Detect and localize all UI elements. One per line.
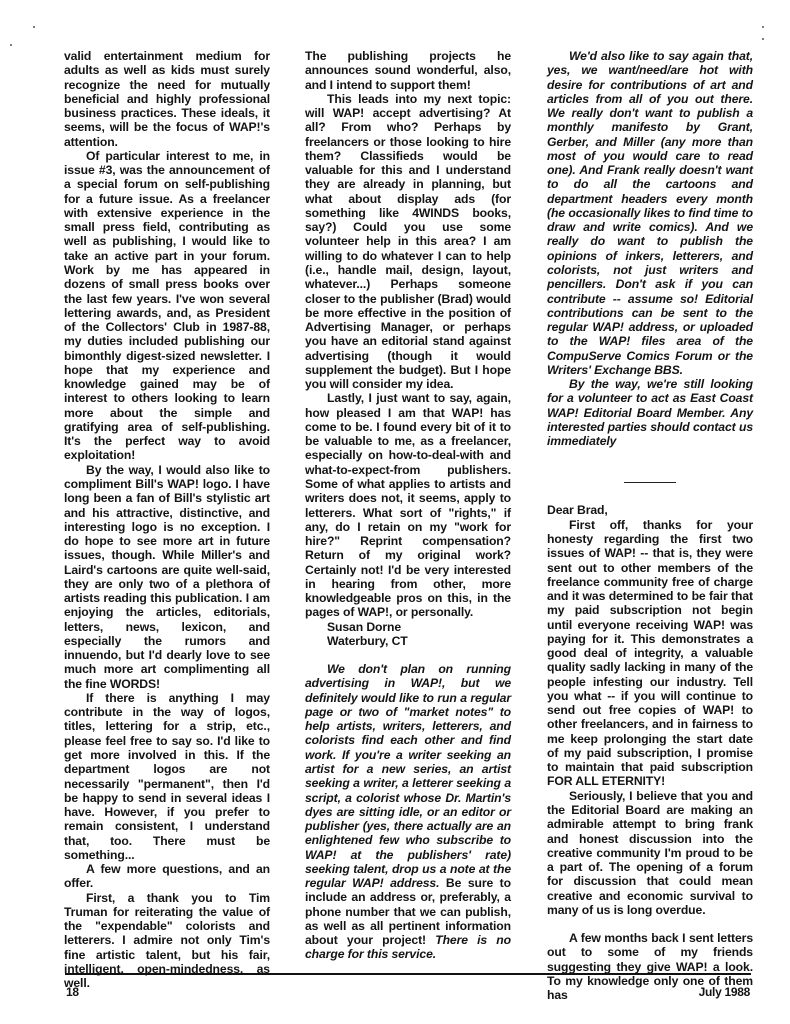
column-right: We'd also like to say again that, yes, w…	[547, 49, 753, 1002]
spacer	[547, 917, 753, 931]
scan-speck	[10, 44, 12, 46]
paragraph: By the way, I would also like to complim…	[64, 463, 270, 691]
footer-rule	[65, 973, 751, 975]
editor-reply: We don't plan on running advertising in …	[305, 662, 511, 962]
paragraph: Lastly, I just want to say, again, how p…	[305, 391, 511, 619]
column-middle: The publishing projects he announces sou…	[305, 49, 511, 962]
column-left: valid entertainment medium for adults as…	[64, 49, 270, 991]
editor-paragraph: We'd also like to say again that, yes, w…	[547, 49, 753, 377]
paragraph: If there is anything I may contribute in…	[64, 691, 270, 862]
spacer	[305, 648, 511, 662]
paragraph: Of particular interest to me, in issue #…	[64, 149, 270, 463]
scan-speck	[762, 26, 764, 28]
section-divider	[624, 482, 676, 483]
letter-salutation: Dear Brad,	[547, 503, 753, 517]
issue-date: July 1988	[699, 985, 750, 999]
paragraph: First, a thank you to Tim Truman for rei…	[64, 891, 270, 991]
letter-signature-name: Susan Dorne	[305, 620, 511, 634]
paragraph: This leads into my next topic: will WAP!…	[305, 92, 511, 392]
paragraph: valid entertainment medium for adults as…	[64, 49, 270, 149]
page-number: 18	[66, 985, 79, 999]
letter-signature-location: Waterbury, CT	[305, 634, 511, 648]
scan-speck	[762, 38, 764, 40]
magazine-page: valid entertainment medium for adults as…	[0, 0, 790, 1024]
paragraph: Seriously, I believe that you and the Ed…	[547, 789, 753, 917]
editor-paragraph: By the way, we're still looking for a vo…	[547, 377, 753, 448]
editor-reply-italic: We don't plan on running advertising in …	[305, 662, 511, 890]
scan-speck	[33, 26, 35, 28]
paragraph: First off, thanks for your honesty regar…	[547, 518, 753, 789]
paragraph: The publishing projects he announces sou…	[305, 49, 511, 92]
paragraph: A few more questions, and an offer.	[64, 862, 270, 891]
